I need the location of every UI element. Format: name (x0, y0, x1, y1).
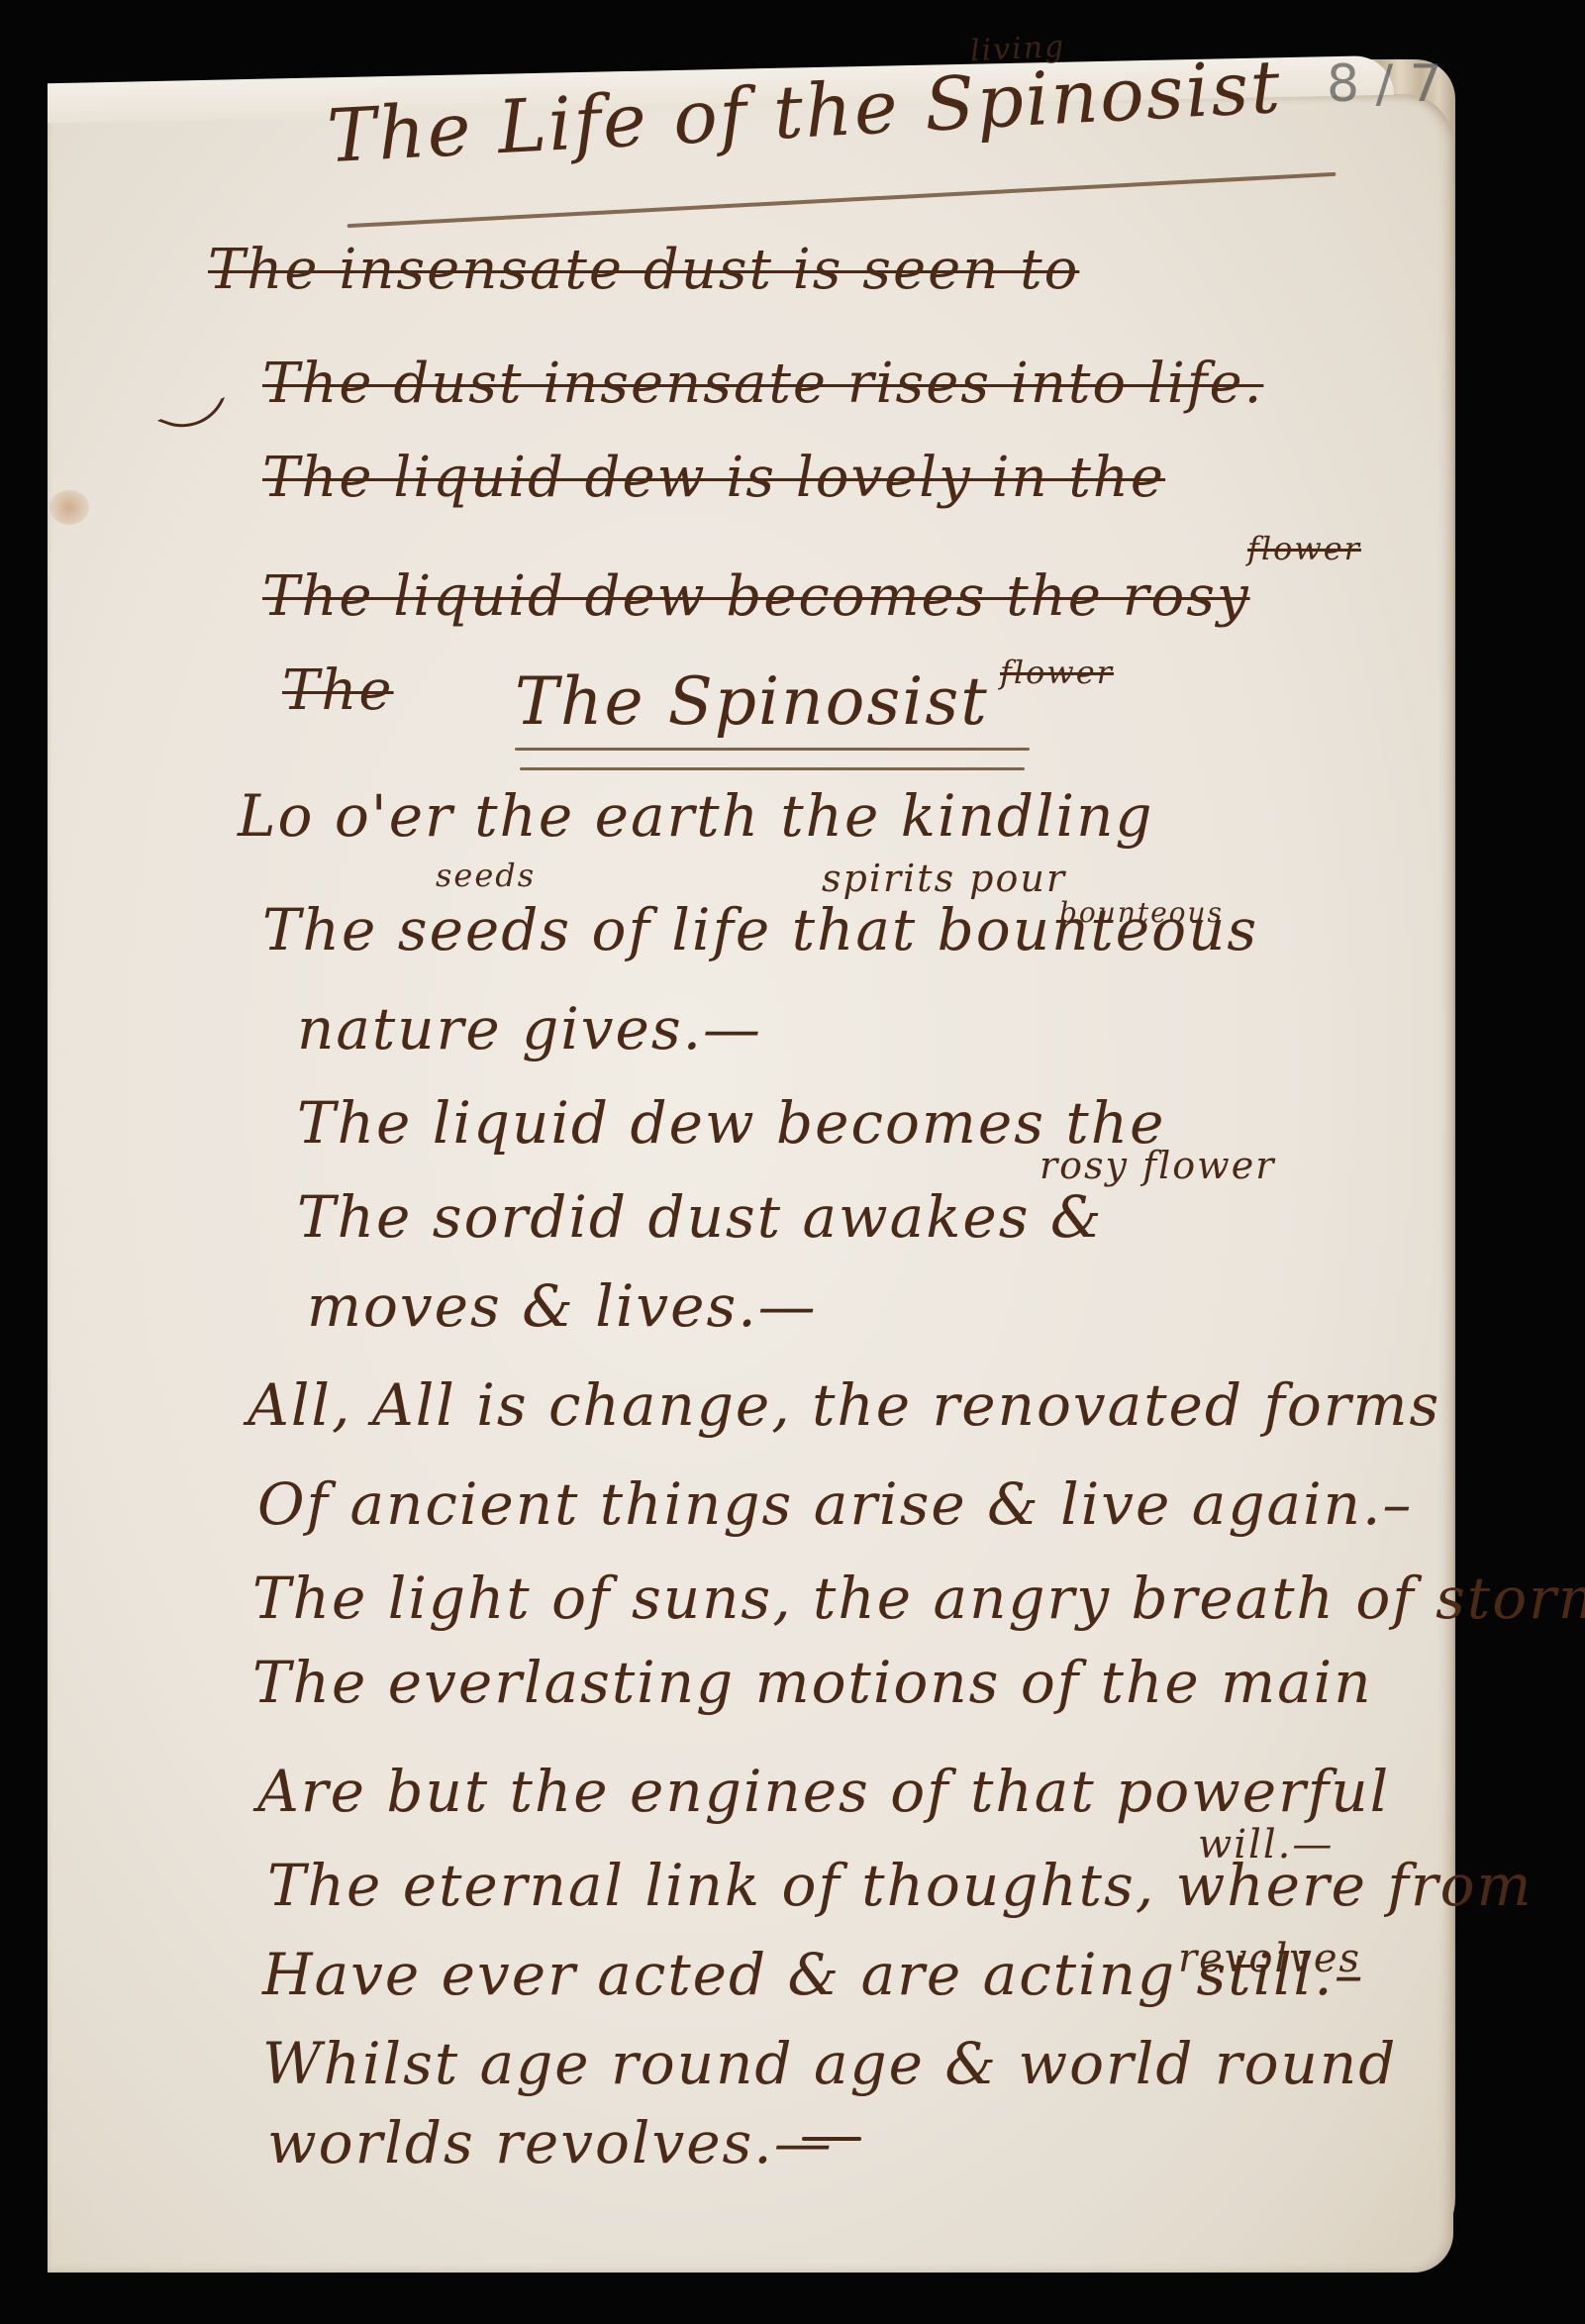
stanza1-line-5: The sordid dust awakes & (297, 1183, 1104, 1251)
draft-line-3: The liquid dew is lovely in the (262, 446, 1165, 510)
stanza2-line-4: The everlasting motions of the main (252, 1649, 1373, 1716)
draft-insert-flower: flower (1247, 530, 1361, 567)
ink-stain (50, 490, 89, 525)
stanza2-line-9: worlds revolves.— (267, 2109, 834, 2176)
insert-seeds: seeds (436, 857, 536, 894)
stanza2-line-8: Whilst age round age & world round (262, 2030, 1397, 2097)
stanza1-line-6: moves & lives.— (307, 1272, 818, 1340)
closing-dash (802, 2137, 861, 2141)
stanza2-line-6: The eternal link of thoughts, where from (267, 1852, 1534, 1919)
draft-line-1: The insensate dust is seen to (208, 238, 1079, 302)
section-heading: The Spinosist (515, 663, 989, 740)
stanza2-line-2: Of ancient things arise & live again.– (257, 1470, 1413, 1538)
stanza1-line-1: Lo o'er the earth the kindling (238, 782, 1154, 850)
insert-spirits-pour: spirits pour (822, 857, 1066, 900)
heading-underline (515, 748, 1030, 751)
draft-insert-flower-2: flower (1000, 654, 1114, 691)
stanza1-line-2: The seeds of life that bounteous (262, 896, 1258, 963)
stanza1-line-3: nature gives.— (297, 995, 762, 1062)
stanza2-line-1: All, All is change, the renovated forms (248, 1371, 1440, 1439)
draft-line-5: The (282, 658, 394, 723)
stanza1-line-4: The liquid dew becomes the (297, 1089, 1165, 1157)
stanza2-line-3: The light of suns, the angry breath of s… (252, 1565, 1585, 1632)
stanza2-line-7: Have ever acted & are acting still.– (262, 1941, 1365, 2008)
heading-underline-2 (520, 767, 1025, 770)
stanza2-line-5: Are but the engines of that powerful (257, 1758, 1390, 1825)
draft-line-2: The dust insensate rises into life. (262, 352, 1263, 416)
page-number: 8 / 7 (1327, 54, 1442, 114)
draft-line-4: The liquid dew becomes the rosy (262, 564, 1250, 629)
